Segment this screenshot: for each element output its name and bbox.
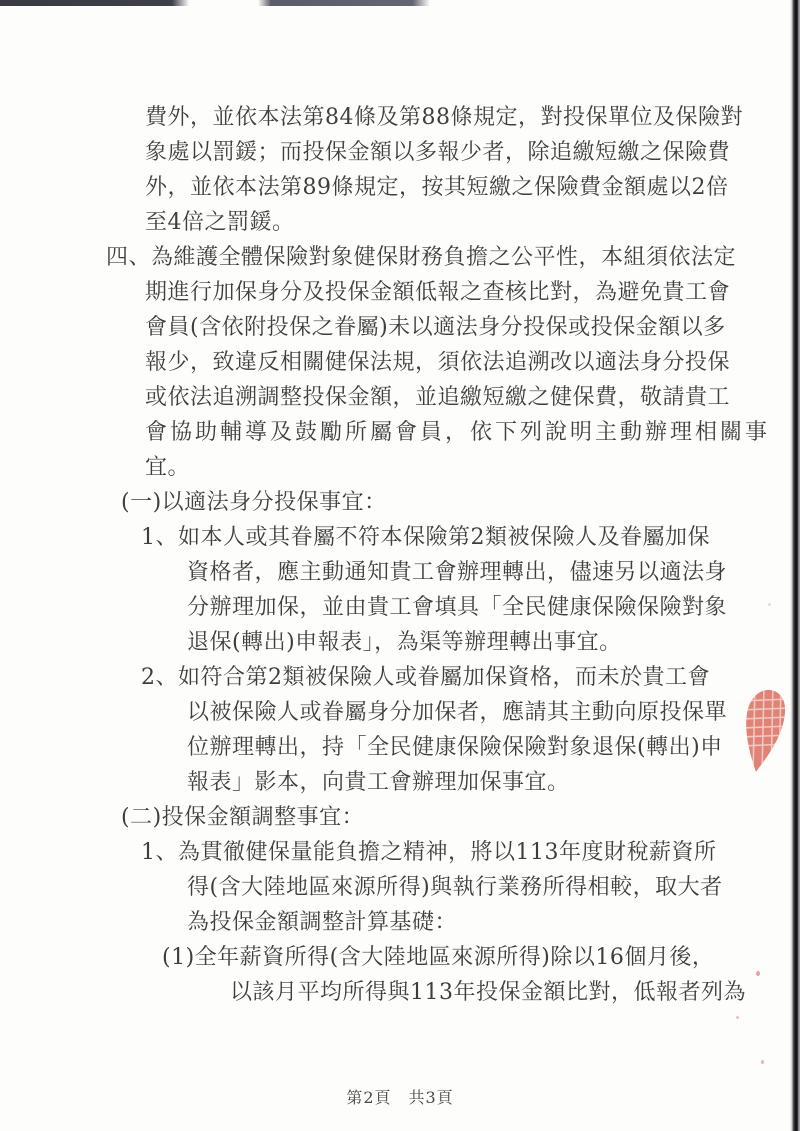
text-line: 退保(轉出)申報表」，為渠等辦理轉出事宜。 xyxy=(0,625,790,660)
text-line: (一)以適法身分投保事宜： xyxy=(0,485,790,520)
text-line: (1)全年薪資所得(含大陸地區來源所得)除以16個月後， xyxy=(0,940,790,975)
text-line: 象處以罰鍰；而投保金額以多報少者，除追繳短繳之保險費 xyxy=(0,135,790,170)
text-line: 外，並依本法第89條規定，按其短繳之保險費金額處以2倍 xyxy=(0,170,790,205)
text-line: 四、為維護全體保險對象健保財務負擔之公平性，本組須依法定 xyxy=(0,240,790,275)
text-line: (二)投保金額調整事宜： xyxy=(0,800,790,835)
text-line: 會協助輔導及鼓勵所屬會員，依下列說明主動辦理相關事 xyxy=(0,415,790,450)
scan-edge-right xyxy=(790,0,800,1131)
text-line: 2、如符合第2類被保險人或眷屬加保資格，而未於貴工會 xyxy=(0,660,790,695)
red-seal-stamp xyxy=(741,685,789,775)
text-line: 1、如本人或其眷屬不符本保險第2類被保險人及眷屬加保 xyxy=(0,520,790,555)
text-line: 報少，致違反相關健保法規，須依法追溯改以適法身分投保 xyxy=(0,345,790,380)
document-lines: 費外，並依本法第84條及第88條規定，對投保單位及保險對象處以罰鍰；而投保金額以… xyxy=(0,100,790,1010)
scanned-page: 費外，並依本法第84條及第88條規定，對投保單位及保險對象處以罰鍰；而投保金額以… xyxy=(0,0,800,1131)
text-line: 或依法追溯調整投保金額，並追繳短繳之健保費，敬請貴工 xyxy=(0,380,790,415)
text-line: 期進行加保身分及投保金額低報之查核比對，為避免貴工會 xyxy=(0,275,790,310)
text-line: 1、為貫徹健保量能負擔之精神，將以113年度財稅薪資所 xyxy=(0,835,790,870)
noise-speck xyxy=(736,1016,739,1019)
text-line: 以被保險人或眷屬身分加保者，應請其主動向原投保單 xyxy=(0,695,790,730)
text-line: 費外，並依本法第84條及第88條規定，對投保單位及保險對 xyxy=(0,100,790,135)
text-line: 分辦理加保，並由貴工會填具「全民健康保險保險對象 xyxy=(0,590,790,625)
text-line: 宜。 xyxy=(0,450,790,485)
text-line: 會員(含依附投保之眷屬)未以適法身分投保或投保金額以多 xyxy=(0,310,790,345)
text-line: 位辦理轉出，持「全民健康保險保險對象退保(轉出)申 xyxy=(0,730,790,765)
noise-speck xyxy=(761,1060,764,1064)
text-line: 以該月平均所得與113年投保金額比對，低報者列為 xyxy=(0,975,790,1010)
noise-speck xyxy=(756,971,760,976)
text-line: 報表」影本，向貴工會辦理加保事宜。 xyxy=(0,765,790,800)
text-line: 得(含大陸地區來源所得)與執行業務所得相較，取大者 xyxy=(0,870,790,905)
page-footer: 第2頁 共3頁 xyxy=(0,1086,800,1110)
scan-edge-top xyxy=(0,0,430,6)
text-line: 為投保金額調整計算基礎： xyxy=(0,905,790,940)
text-line: 資格者，應主動通知貴工會辦理轉出，儘速另以適法身 xyxy=(0,555,790,590)
noise-speck xyxy=(768,603,771,606)
text-line: 至4倍之罰鍰。 xyxy=(0,205,790,240)
